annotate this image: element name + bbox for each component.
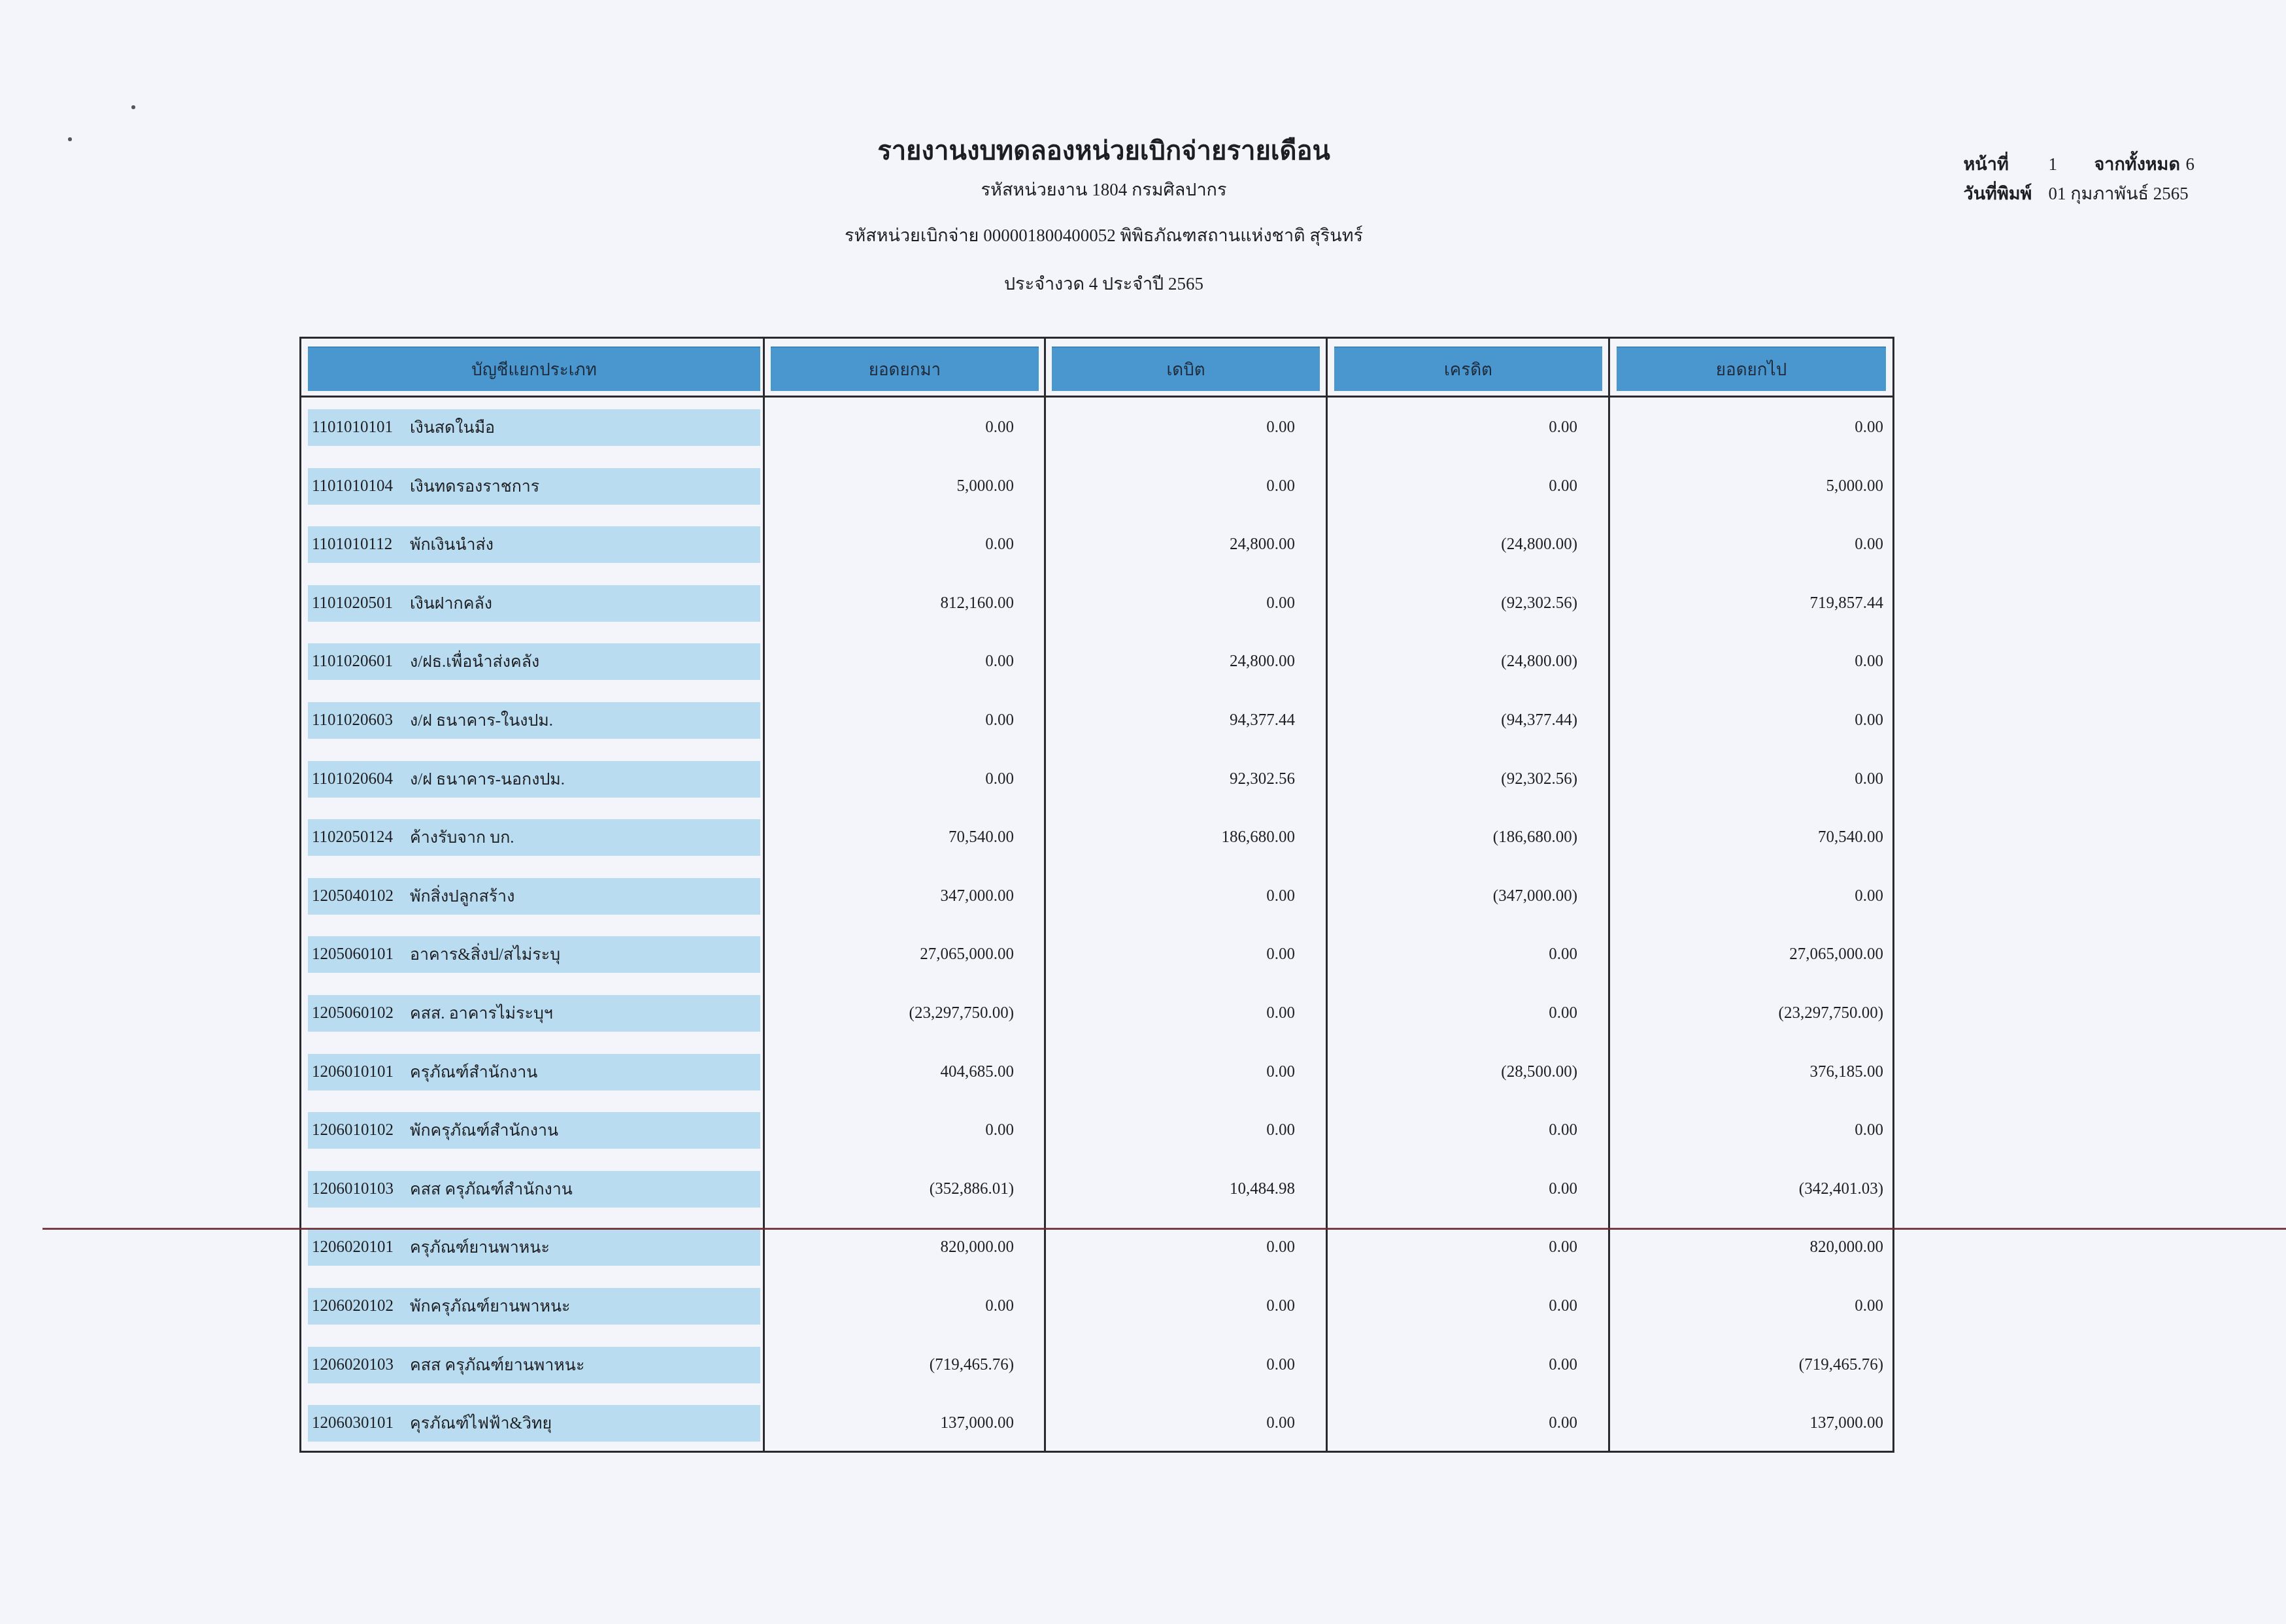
account-name: พักครุภัณฑ์สำนักงาน bbox=[410, 1117, 558, 1143]
carried-forward-value: 0.00 bbox=[1611, 711, 1883, 730]
brought-forward-value: (23,297,750.00) bbox=[765, 1004, 1014, 1023]
account-cell: 1101020601 ง/ฝธ.เพื่อนำส่งคลัง bbox=[308, 643, 760, 680]
credit-value: 0.00 bbox=[1329, 1297, 1577, 1315]
account-cell: 1101020604 ง/ฝ ธนาคาร-นอกงปม. bbox=[308, 761, 760, 798]
carried-forward-value: 0.00 bbox=[1611, 652, 1883, 671]
debit-value: 94,377.44 bbox=[1047, 711, 1295, 730]
account-name: คสส ครุภัณฑ์สำนักงาน bbox=[410, 1176, 573, 1202]
brought-forward-value: 347,000.00 bbox=[765, 887, 1014, 905]
carried-forward-value: 0.00 bbox=[1611, 1297, 1883, 1315]
account-name: ง/ฝ ธนาคาร-นอกงปม. bbox=[410, 766, 565, 792]
print-date-info: วันที่พิมพ์01 กุมภาพันธ์ 2565 bbox=[1955, 159, 2189, 207]
account-name: ค้างรับจาก บก. bbox=[410, 824, 514, 851]
credit-value: (186,680.00) bbox=[1329, 828, 1577, 847]
account-name: เงินสดในมือ bbox=[410, 414, 495, 441]
debit-value: 0.00 bbox=[1047, 945, 1295, 964]
header-divider bbox=[301, 396, 1892, 398]
credit-value: (92,302.56) bbox=[1329, 594, 1577, 613]
debit-value: 24,800.00 bbox=[1047, 652, 1295, 671]
account-name: อาคาร&สิ่งป/สไม่ระบุ bbox=[410, 941, 560, 968]
account-cell: 1101010104 เงินทดรองราชการ bbox=[308, 468, 760, 505]
account-name: ง/ฝธ.เพื่อนำส่งคลัง bbox=[410, 649, 539, 675]
brought-forward-value: (352,886.01) bbox=[765, 1180, 1014, 1198]
account-code: 1101010101 bbox=[308, 418, 410, 437]
account-cell: 1205040102 พักสิ่งปลูกสร้าง bbox=[308, 878, 760, 915]
account-name: คสส. อาคารไม่ระบุฯ bbox=[410, 1000, 553, 1026]
table-row: 1206010103 คสส ครุภัณฑ์สำนักงาน (352,886… bbox=[301, 1171, 1892, 1230]
account-cell: 1206020101 ครุภัณฑ์ยานพาหนะ bbox=[308, 1229, 760, 1266]
debit-value: 0.00 bbox=[1047, 1063, 1295, 1081]
print-date-label: วันที่พิมพ์ bbox=[1964, 179, 2049, 207]
debit-value: 0.00 bbox=[1047, 1004, 1295, 1023]
brought-forward-value: 0.00 bbox=[765, 535, 1014, 554]
credit-value: 0.00 bbox=[1329, 945, 1577, 964]
debit-value: 0.00 bbox=[1047, 594, 1295, 613]
credit-value: 0.00 bbox=[1329, 1004, 1577, 1023]
brought-forward-value: 5,000.00 bbox=[765, 477, 1014, 496]
account-name: ง/ฝ ธนาคาร-ในงปม. bbox=[410, 707, 553, 734]
table-row: 1101010101 เงินสดในมือ 0.00 0.00 0.00 0.… bbox=[301, 409, 1892, 468]
account-cell: 1206030101 คุรภัณฑ์ไฟฟ้า&วิทยุ bbox=[308, 1405, 760, 1442]
header-credit: เครดิต bbox=[1334, 347, 1602, 391]
account-code: 1101020601 bbox=[308, 652, 410, 671]
brought-forward-value: 137,000.00 bbox=[765, 1414, 1014, 1432]
account-cell: 1102050124 ค้างรับจาก บก. bbox=[308, 819, 760, 856]
account-code: 1101010112 bbox=[308, 535, 410, 554]
table-row: 1101020601 ง/ฝธ.เพื่อนำส่งคลัง 0.00 24,8… bbox=[301, 643, 1892, 702]
debit-value: 0.00 bbox=[1047, 1414, 1295, 1432]
credit-value: (24,800.00) bbox=[1329, 652, 1577, 671]
brought-forward-value: 70,540.00 bbox=[765, 828, 1014, 847]
credit-value: 0.00 bbox=[1329, 418, 1577, 437]
scan-artifact-line bbox=[42, 1228, 2286, 1230]
account-code: 1102050124 bbox=[308, 828, 410, 847]
debit-value: 186,680.00 bbox=[1047, 828, 1295, 847]
account-name: ครุภัณฑ์ยานพาหนะ bbox=[410, 1234, 550, 1260]
account-cell: 1206020103 คสส ครุภัณฑ์ยานพาหนะ bbox=[308, 1347, 760, 1383]
account-name: ครุภัณฑ์สำนักงาน bbox=[410, 1059, 537, 1085]
credit-value: 0.00 bbox=[1329, 477, 1577, 496]
table-row: 1206030101 คุรภัณฑ์ไฟฟ้า&วิทยุ 137,000.0… bbox=[301, 1405, 1892, 1464]
debit-value: 0.00 bbox=[1047, 1356, 1295, 1374]
credit-value: (28,500.00) bbox=[1329, 1063, 1577, 1081]
account-cell: 1205060102 คสส. อาคารไม่ระบุฯ bbox=[308, 995, 760, 1032]
carried-forward-value: 376,185.00 bbox=[1611, 1063, 1883, 1081]
brought-forward-value: 0.00 bbox=[765, 1121, 1014, 1140]
brought-forward-value: (719,465.76) bbox=[765, 1356, 1014, 1374]
carried-forward-value: 70,540.00 bbox=[1611, 828, 1883, 847]
account-name: เงินทดรองราชการ bbox=[410, 473, 539, 499]
account-cell: 1206020102 พักครุภัณฑ์ยานพาหนะ bbox=[308, 1288, 760, 1325]
carried-forward-value: 0.00 bbox=[1611, 770, 1883, 788]
account-code: 1101020603 bbox=[308, 711, 410, 730]
account-cell: 1101020603 ง/ฝ ธนาคาร-ในงปม. bbox=[308, 702, 760, 739]
agency-line: รหัสหน่วยงาน 1804 กรมศิลปากร bbox=[0, 175, 2247, 203]
account-cell: 1206010102 พักครุภัณฑ์สำนักงาน bbox=[308, 1112, 760, 1149]
carried-forward-value: 719,857.44 bbox=[1611, 594, 1883, 613]
carried-forward-value: (23,297,750.00) bbox=[1611, 1004, 1883, 1023]
account-name: พักครุภัณฑ์ยานพาหนะ bbox=[410, 1293, 570, 1319]
credit-value: 0.00 bbox=[1329, 1356, 1577, 1374]
account-code: 1206020102 bbox=[308, 1297, 410, 1315]
account-name: คุรภัณฑ์ไฟฟ้า&วิทยุ bbox=[410, 1410, 552, 1436]
trial-balance-table: บัญชีแยกประเภท ยอดยกมา เดบิต เครดิต ยอดย… bbox=[299, 337, 1894, 1453]
account-name: คสส ครุภัณฑ์ยานพาหนะ bbox=[410, 1352, 584, 1378]
account-code: 1101020501 bbox=[308, 594, 410, 613]
account-code: 1206030101 bbox=[308, 1414, 410, 1432]
account-cell: 1101020501 เงินฝากคลัง bbox=[308, 585, 760, 622]
table-row: 1102050124 ค้างรับจาก บก. 70,540.00 186,… bbox=[301, 819, 1892, 878]
carried-forward-value: 137,000.00 bbox=[1611, 1414, 1883, 1432]
credit-value: 0.00 bbox=[1329, 1121, 1577, 1140]
account-cell: 1205060101 อาคาร&สิ่งป/สไม่ระบุ bbox=[308, 936, 760, 973]
table-row: 1206020101 ครุภัณฑ์ยานพาหนะ 820,000.00 0… bbox=[301, 1229, 1892, 1288]
carried-forward-value: 27,065,000.00 bbox=[1611, 945, 1883, 964]
report-title: รายงานงบทดลองหน่วยเบิกจ่ายรายเดือน bbox=[0, 129, 2247, 171]
debit-value: 92,302.56 bbox=[1047, 770, 1295, 788]
table-row: 1101010104 เงินทดรองราชการ 5,000.00 0.00… bbox=[301, 468, 1892, 527]
account-name: พักสิ่งปลูกสร้าง bbox=[410, 883, 514, 909]
table-row: 1205060101 อาคาร&สิ่งป/สไม่ระบุ 27,065,0… bbox=[301, 936, 1892, 995]
account-name: พักเงินนำส่ง bbox=[410, 532, 494, 558]
disbursing-unit-line: รหัสหน่วยเบิกจ่าย 000001800400052 พิพิธภ… bbox=[0, 221, 2247, 249]
debit-value: 0.00 bbox=[1047, 477, 1295, 496]
account-code: 1101020604 bbox=[308, 770, 410, 788]
header-account: บัญชีแยกประเภท bbox=[308, 347, 760, 391]
carried-forward-value: 0.00 bbox=[1611, 887, 1883, 905]
account-cell: 1206010103 คสส ครุภัณฑ์สำนักงาน bbox=[308, 1171, 760, 1208]
table-row: 1101020604 ง/ฝ ธนาคาร-นอกงปม. 0.00 92,30… bbox=[301, 761, 1892, 820]
carried-forward-value: 5,000.00 bbox=[1611, 477, 1883, 496]
paper-speck bbox=[131, 105, 135, 109]
credit-value: (92,302.56) bbox=[1329, 770, 1577, 788]
account-cell: 1101010101 เงินสดในมือ bbox=[308, 409, 760, 446]
account-name: เงินฝากคลัง bbox=[410, 590, 492, 617]
period-line: ประจำงวด 4 ประจำปี 2565 bbox=[0, 269, 2247, 297]
header-brought-forward: ยอดยกมา bbox=[771, 347, 1039, 391]
account-code: 1101010104 bbox=[308, 477, 410, 496]
brought-forward-value: 820,000.00 bbox=[765, 1238, 1014, 1257]
carried-forward-value: 0.00 bbox=[1611, 1121, 1883, 1140]
account-code: 1206010101 bbox=[308, 1063, 410, 1081]
header-debit: เดบิต bbox=[1052, 347, 1320, 391]
carried-forward-value: (719,465.76) bbox=[1611, 1356, 1883, 1374]
debit-value: 0.00 bbox=[1047, 1121, 1295, 1140]
print-date: 01 กุมภาพันธ์ 2565 bbox=[2049, 184, 2189, 203]
brought-forward-value: 0.00 bbox=[765, 1297, 1014, 1315]
brought-forward-value: 812,160.00 bbox=[765, 594, 1014, 613]
brought-forward-value: 27,065,000.00 bbox=[765, 945, 1014, 964]
table-row: 1206020103 คสส ครุภัณฑ์ยานพาหนะ (719,465… bbox=[301, 1347, 1892, 1406]
table-row: 1101010112 พักเงินนำส่ง 0.00 24,800.00 (… bbox=[301, 526, 1892, 585]
brought-forward-value: 0.00 bbox=[765, 711, 1014, 730]
credit-value: (24,800.00) bbox=[1329, 535, 1577, 554]
account-code: 1206020101 bbox=[308, 1238, 410, 1257]
debit-value: 24,800.00 bbox=[1047, 535, 1295, 554]
table-row: 1101020603 ง/ฝ ธนาคาร-ในงปม. 0.00 94,377… bbox=[301, 702, 1892, 761]
table-row: 1206010101 ครุภัณฑ์สำนักงาน 404,685.00 0… bbox=[301, 1054, 1892, 1113]
brought-forward-value: 0.00 bbox=[765, 418, 1014, 437]
carried-forward-value: (342,401.03) bbox=[1611, 1180, 1883, 1198]
account-code: 1205060102 bbox=[308, 1004, 410, 1023]
table-row: 1101020501 เงินฝากคลัง 812,160.00 0.00 (… bbox=[301, 585, 1892, 644]
debit-value: 0.00 bbox=[1047, 887, 1295, 905]
credit-value: 0.00 bbox=[1329, 1180, 1577, 1198]
account-code: 1205060101 bbox=[308, 945, 410, 964]
credit-value: 0.00 bbox=[1329, 1238, 1577, 1257]
credit-value: (347,000.00) bbox=[1329, 887, 1577, 905]
account-cell: 1101010112 พักเงินนำส่ง bbox=[308, 526, 760, 563]
debit-value: 10,484.98 bbox=[1047, 1180, 1295, 1198]
debit-value: 0.00 bbox=[1047, 418, 1295, 437]
carried-forward-value: 820,000.00 bbox=[1611, 1238, 1883, 1257]
debit-value: 0.00 bbox=[1047, 1297, 1295, 1315]
carried-forward-value: 0.00 bbox=[1611, 535, 1883, 554]
table-row: 1205060102 คสส. อาคารไม่ระบุฯ (23,297,75… bbox=[301, 995, 1892, 1054]
brought-forward-value: 0.00 bbox=[765, 770, 1014, 788]
credit-value: (94,377.44) bbox=[1329, 711, 1577, 730]
account-code: 1206020103 bbox=[308, 1356, 410, 1374]
table-row: 1206010102 พักครุภัณฑ์สำนักงาน 0.00 0.00… bbox=[301, 1112, 1892, 1171]
debit-value: 0.00 bbox=[1047, 1238, 1295, 1257]
brought-forward-value: 404,685.00 bbox=[765, 1063, 1014, 1081]
table-row: 1205040102 พักสิ่งปลูกสร้าง 347,000.00 0… bbox=[301, 878, 1892, 937]
account-code: 1205040102 bbox=[308, 887, 410, 905]
brought-forward-value: 0.00 bbox=[765, 652, 1014, 671]
carried-forward-value: 0.00 bbox=[1611, 418, 1883, 437]
account-code: 1206010103 bbox=[308, 1180, 410, 1198]
credit-value: 0.00 bbox=[1329, 1414, 1577, 1432]
account-cell: 1206010101 ครุภัณฑ์สำนักงาน bbox=[308, 1054, 760, 1091]
account-code: 1206010102 bbox=[308, 1121, 410, 1140]
table-row: 1206020102 พักครุภัณฑ์ยานพาหนะ 0.00 0.00… bbox=[301, 1288, 1892, 1347]
header-carried-forward: ยอดยกไป bbox=[1617, 347, 1886, 391]
